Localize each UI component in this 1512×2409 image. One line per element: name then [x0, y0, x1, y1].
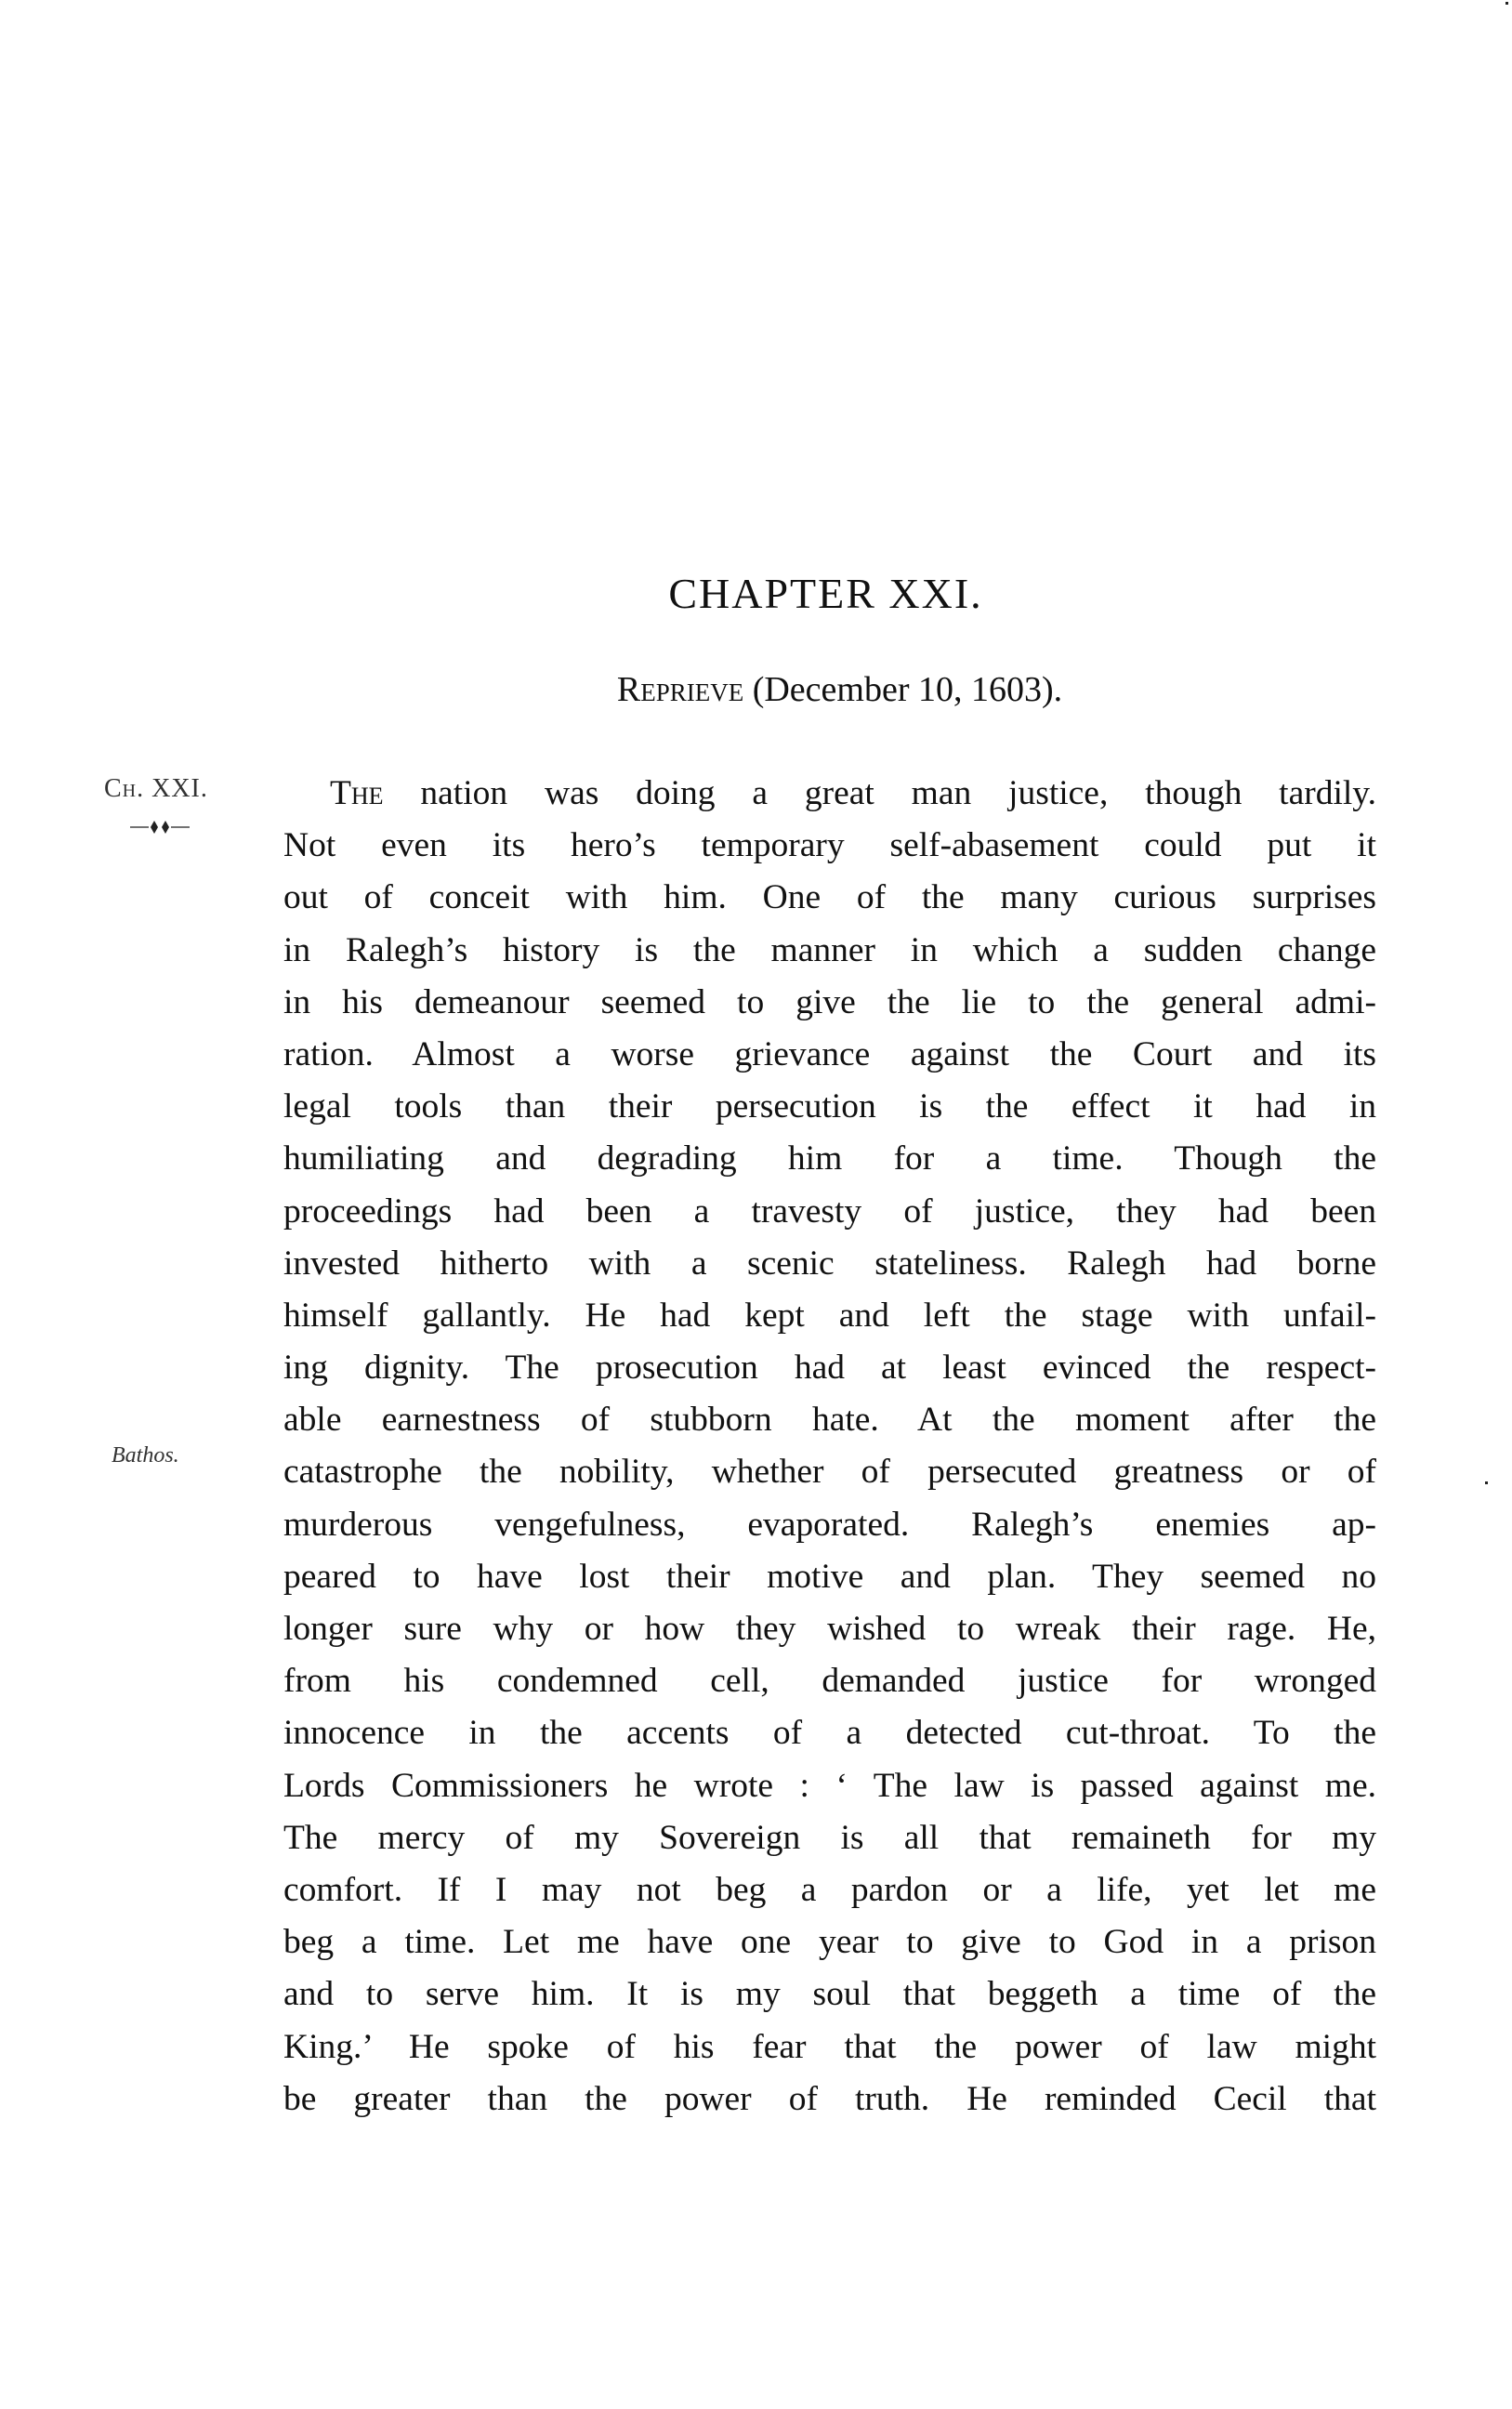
text-line: beg a time. Let me have one year to give… [283, 1916, 1376, 1968]
margin-chapter-label: Ch. XXI. [104, 774, 208, 804]
drop-smallcaps-word: The [330, 774, 384, 812]
text-line: innocence in the accents of a detected c… [283, 1707, 1376, 1759]
text-line: from his condemned cell, demanded justic… [283, 1655, 1376, 1707]
text-line: murderous vengefulness, evaporated. Rale… [283, 1499, 1376, 1551]
scan-speck [1485, 1481, 1488, 1484]
text-line: ing dignity. The prosecution had at leas… [283, 1342, 1376, 1394]
text-line: humiliating and degrading him for a time… [283, 1133, 1376, 1185]
subtitle-smallcaps: Reprieve [617, 670, 743, 709]
body-paragraph: The nation was doing a great man justice… [283, 768, 1376, 2126]
scan-speck [1505, 2, 1508, 5]
text-line: himself gallantly. He had kept and left … [283, 1290, 1376, 1342]
text-line: legal tools than their persecution is th… [283, 1081, 1376, 1133]
text-line: longer sure why or how they wished to wr… [283, 1603, 1376, 1655]
text-line: and to serve him. It is my soul that beg… [283, 1968, 1376, 2021]
text-line: out of conceit with him. One of the many… [283, 872, 1376, 924]
margin-note-bathos: Bathos. [112, 1443, 179, 1468]
text-line: comfort. If I may not beg a pardon or a … [283, 1864, 1376, 1916]
text-line: proceedings had been a travesty of justi… [283, 1186, 1376, 1238]
subtitle-date: (December 10, 1603). [743, 670, 1062, 709]
text-line: Lords Commissioners he wrote : ‘ The law… [283, 1760, 1376, 1812]
text-line: Not even its hero’s temporary self-abase… [283, 820, 1376, 872]
text-line: The nation was doing a great man justice… [283, 768, 1376, 820]
text-line: be greater than the power of truth. He r… [283, 2073, 1376, 2126]
text-line: invested hitherto with a scenic statelin… [283, 1238, 1376, 1290]
text-line: King.’ He spoke of his fear that the pow… [283, 2021, 1376, 2073]
text-line: in his demeanour seemed to give the lie … [283, 977, 1376, 1029]
chapter-title: CHAPTER XXI. [0, 569, 1512, 618]
text-line: in Ralegh’s history is the manner in whi… [283, 925, 1376, 977]
text-line: able earnestness of stubborn hate. At th… [283, 1394, 1376, 1446]
ornament-icon [130, 818, 190, 836]
chapter-subtitle: Reprieve (December 10, 1603). [0, 669, 1512, 710]
text-line: The mercy of my Sovereign is all that re… [283, 1812, 1376, 1864]
text-line: peared to have lost their motive and pla… [283, 1551, 1376, 1603]
text-line: catastrophe the nobility, whether of per… [283, 1446, 1376, 1498]
text-line: ration. Almost a worse grievance against… [283, 1029, 1376, 1081]
